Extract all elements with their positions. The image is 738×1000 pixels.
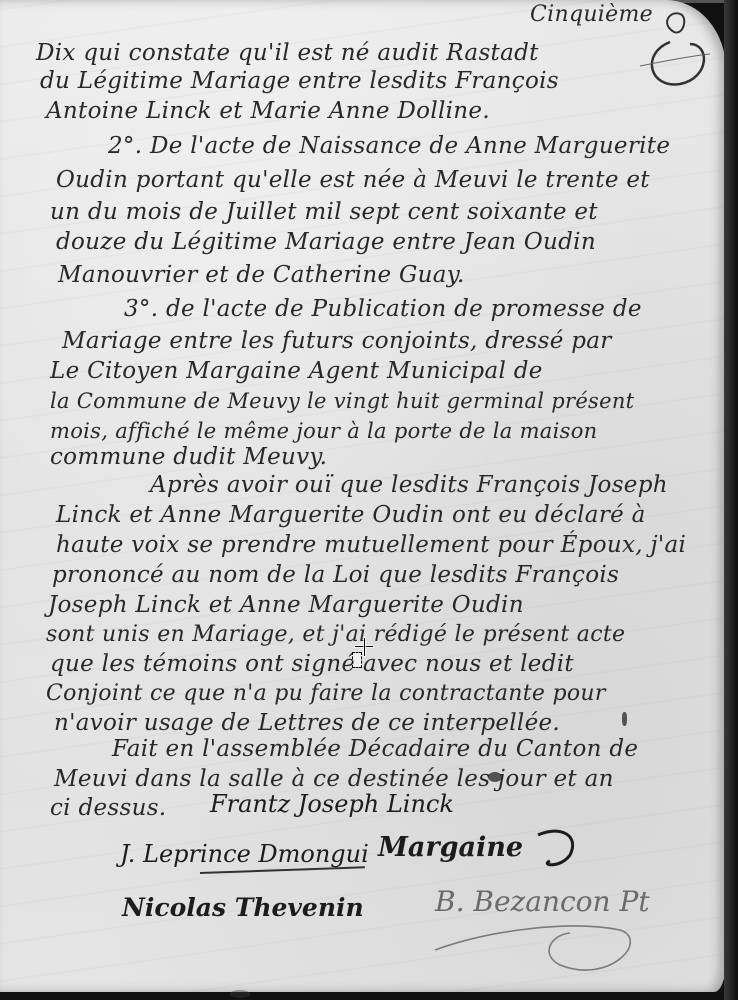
signature-linck: Frantz Joseph Linck: [210, 790, 454, 818]
signature-margaine: Margaine: [378, 832, 523, 863]
text-line-19: Joseph Linck et Anne Marguerite Oudin: [48, 592, 524, 618]
text-line-11: Le Citoyen Margaine Agent Municipal de: [50, 358, 543, 384]
text-line-25: Meuvi dans la salle à ce destinée les jo…: [54, 766, 614, 792]
page-header-note: Cinquième: [530, 2, 653, 27]
text-line-16: Linck et Anne Marguerite Oudin ont eu dé…: [56, 502, 646, 528]
text-line-5: Oudin portant qu'elle est née à Meuvi le…: [56, 167, 650, 193]
text-line-24: Fait en l'assemblée Décadaire du Canton …: [112, 736, 638, 762]
text-line-22: Conjoint ce que n'a pu faire la contract…: [46, 681, 606, 706]
text-line-2: du Légitime Mariage entre lesdits Franço…: [40, 68, 559, 94]
text-line-23: n'avoir usage de Lettres de ce interpell…: [54, 710, 560, 736]
signature-official-flourish-icon: [430, 905, 650, 995]
document-page: Cinquième Dix qui constate qu'il est né …: [0, 0, 726, 992]
ink-blot: [230, 990, 250, 998]
text-line-14: commune dudit Meuvy.: [50, 444, 327, 470]
signature-official: B. Bezancon Pt: [435, 885, 650, 918]
text-line-12: la Commune de Meuvy le vingt huit germin…: [50, 389, 634, 413]
signature-margaine-flourish-icon: [530, 825, 590, 875]
image-viewport: Cinquième Dix qui constate qu'il est né …: [0, 0, 738, 1000]
text-line-13: mois, affiché le même jour à la porte de…: [50, 419, 597, 443]
scan-right-edge: [724, 0, 738, 1000]
text-line-7: douze du Légitime Mariage entre Jean Oud…: [56, 229, 596, 255]
text-line-1: Dix qui constate qu'il est né audit Rast…: [36, 40, 539, 66]
text-line-3: Antoine Linck et Marie Anne Dolline.: [46, 98, 490, 124]
text-line-10: Mariage entre les futurs conjoints, dres…: [62, 328, 612, 354]
text-line-4: 2°. De l'acte de Naissance de Anne Margu…: [108, 133, 670, 159]
text-line-6: un du mois de Juillet mil sept cent soix…: [50, 199, 598, 225]
text-line-8: Manouvrier et de Catherine Guay.: [58, 262, 465, 288]
text-line-26: ci dessus.: [50, 795, 166, 821]
signature-leprince: J. Leprince Dmongui: [120, 840, 369, 868]
text-line-17: haute voix se prendre mutuellement pour …: [56, 532, 686, 558]
text-line-18: prononcé au nom de la Loi que lesdits Fr…: [52, 562, 619, 588]
text-line-20: sont unis en Mariage, et j'ai rédigé le …: [46, 622, 625, 647]
text-line-9: 3°. de l'acte de Publication de promesse…: [124, 296, 642, 322]
ink-blot: [622, 712, 627, 726]
signature-thevenin: Nicolas Thevenin: [122, 893, 364, 922]
text-line-21: que les témoins ont signé avec nous et l…: [50, 651, 574, 677]
text-line-15: Après avoir ouï que lesdits François Jos…: [150, 472, 668, 498]
ink-blot: [488, 772, 502, 782]
